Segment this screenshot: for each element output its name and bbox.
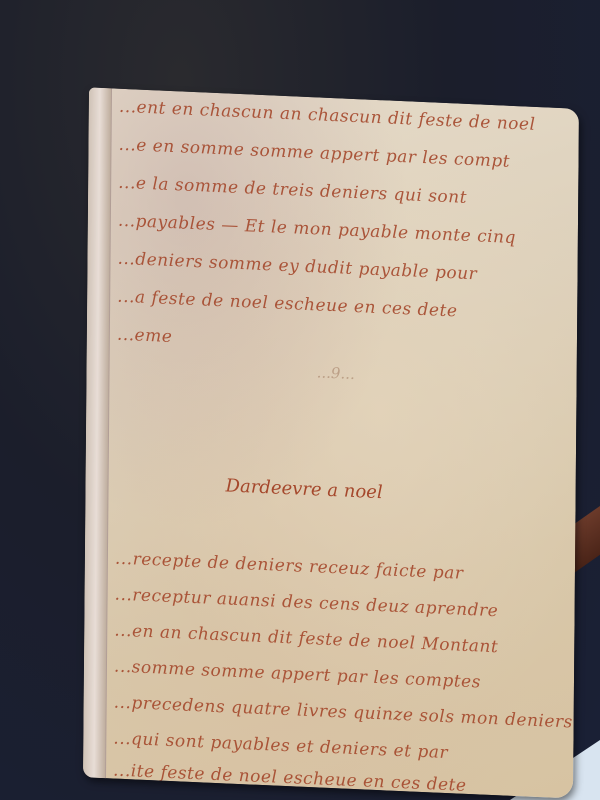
text-line: ...a feste de noel escheue en ces dete xyxy=(117,287,457,322)
text-line: ...deniers somme ey dudit payable pour xyxy=(117,249,477,285)
spine-fold xyxy=(83,87,112,778)
vellum-leaf: ...ent en chascun an chascun dit feste d… xyxy=(83,87,579,798)
text-line: ...en an chascun dit feste de noel Monta… xyxy=(114,621,498,658)
text-line: ...e la somme de treis deniers qui sont xyxy=(118,173,467,208)
text-line: ...recepte de deniers receuz faicte par xyxy=(115,549,464,584)
text-line: ...e en somme somme appert par les compt xyxy=(118,135,510,172)
text-line: ...eme xyxy=(117,325,173,347)
text-line: ...payables — Et le mon payable monte ci… xyxy=(118,211,516,248)
text-line: ...somme somme appert par les comptes xyxy=(114,657,481,693)
text-line: ...qui sont payables et deniers et par xyxy=(113,729,448,764)
faint-note: ...9... xyxy=(317,363,355,383)
text-line: ...precedens quatre livres quinze sols m… xyxy=(114,693,573,733)
section-heading: Dardeevre a noel xyxy=(225,475,382,503)
text-line: ...receptur auansi des cens deuz aprendr… xyxy=(115,585,499,622)
